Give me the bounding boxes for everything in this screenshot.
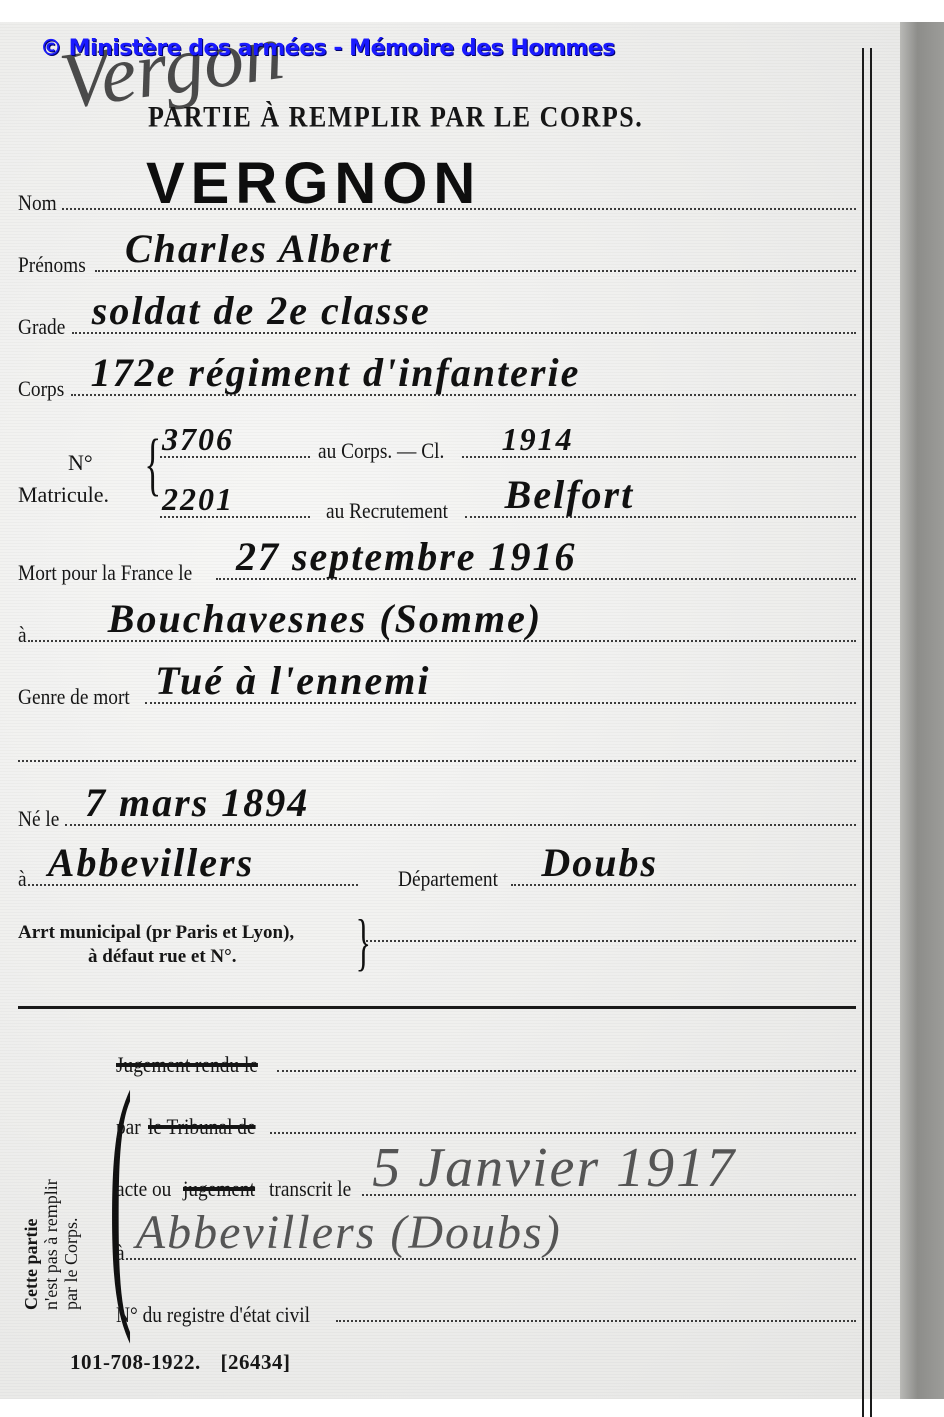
field-ne-le: Né le 7 mars 1894 [18, 798, 856, 832]
matricule-corps-label: au Corps. — Cl. [318, 440, 444, 464]
side-note-line-2: n'est pas à remplir [42, 1179, 60, 1310]
copyright-watermark: © Ministère des armées - Mémoire des Hom… [40, 36, 615, 61]
genre-mort-value: Tué à l'ennemi [155, 657, 430, 704]
lieu-label: à [116, 1242, 125, 1266]
side-note-line-3: par le Corps. [62, 1218, 80, 1310]
side-note-line-1: Cette partie [22, 1219, 40, 1310]
matricule-brace: { [144, 430, 161, 500]
jugement-label: Jugement rendu le [116, 1054, 258, 1078]
ref-number: [26434] [221, 1350, 291, 1374]
matricule-no-label: N° [68, 450, 93, 476]
matricule-corps-no: 3706 [162, 421, 234, 458]
ne-a-value: Abbevillers [48, 839, 254, 886]
tribunal-struck-label: le Tribunal de [148, 1116, 256, 1140]
corps-label: Corps [18, 378, 64, 402]
field-grade: Grade soldat de 2e classe [18, 306, 856, 340]
grade-value: soldat de 2e classe [92, 287, 431, 334]
mort-lieu-value: Bouchavesnes (Somme) [108, 595, 542, 642]
field-genre-mort: Genre de mort Tué à l'ennemi [18, 676, 856, 710]
ne-le-value: 7 mars 1894 [85, 779, 309, 826]
registre-label: N° du registre d'état civil [116, 1304, 310, 1328]
field-arr-municipal [366, 914, 856, 948]
classe-value: 1914 [502, 421, 574, 458]
print-reference: 101-708-1922. [26434] [70, 1350, 291, 1375]
departement-value: Doubs [541, 839, 658, 886]
field-mort-date: Mort pour la France le 27 septembre 1916 [18, 552, 856, 586]
field-jugement: Jugement rendu le [116, 1044, 856, 1078]
field-ne-a: à Abbevillers Département Doubs [18, 858, 856, 892]
prenoms-label: Prénoms [18, 254, 86, 278]
transcrit-label-a: acte ou [116, 1178, 171, 1202]
transcrit-struck-label: jugement [183, 1178, 255, 1202]
recrutement-value: Belfort [505, 471, 635, 518]
field-mort-lieu: à Bouchavesnes (Somme) [18, 614, 856, 648]
matricule-label: Matricule. [18, 482, 109, 508]
field-corps: Corps 172e régiment d'infanterie [18, 368, 856, 402]
side-note: Cette partie n'est pas à remplir par le … [14, 1080, 114, 1310]
transcrit-value: 5 Janvier 1917 [372, 1136, 736, 1200]
page-edge-shadow [900, 22, 944, 1399]
recrutement-no: 2201 [162, 481, 234, 518]
field-registre: N° du registre d'état civil [116, 1294, 856, 1328]
transcrit-label-b: transcrit le [269, 1178, 351, 1202]
ne-a-label: à [18, 868, 27, 892]
tribunal-label: par [116, 1116, 141, 1140]
field-tribunal: par le Tribunal de [116, 1106, 856, 1140]
print-ref: 101-708-1922. [70, 1350, 201, 1374]
field-transcrit: acte ou jugement transcrit le 5 Janvier … [116, 1168, 856, 1202]
ne-le-label: Né le [18, 808, 59, 832]
recrutement-label: au Recrutement [326, 500, 448, 524]
prenoms-value: Charles Albert [125, 225, 393, 272]
section-title: PARTIE À REMPLIR PAR LE CORPS. [148, 100, 643, 135]
nom-label: Nom [18, 192, 57, 216]
field-matricule-corps: 3706 au Corps. — Cl. 1914 [160, 430, 856, 464]
mort-date-label: Mort pour la France le [18, 562, 192, 586]
field-prenoms: Prénoms Charles Albert [18, 244, 856, 278]
grade-label: Grade [18, 316, 65, 340]
margin-rule-left [862, 48, 864, 1417]
mort-date-value: 27 septembre 1916 [236, 533, 577, 580]
arr-municipal-label-2: à défaut rue et N°. [88, 946, 236, 968]
mort-lieu-label: à [18, 624, 27, 648]
departement-label: Département [398, 868, 498, 892]
margin-rule-right [870, 48, 872, 1417]
arr-municipal-label: Arrt municipal (pr Paris et Lyon), [18, 922, 294, 944]
nom-value: VERGNON [146, 150, 481, 217]
field-blank-line [18, 734, 856, 768]
lieu-value: Abbevillers (Doubs) [136, 1205, 562, 1260]
field-matricule-recrutement: 2201 au Recrutement Belfort [160, 490, 856, 524]
section-separator [18, 1006, 856, 1009]
field-lieu-transcription: à Abbevillers (Doubs) [116, 1232, 856, 1266]
corps-value: 172e régiment d'infanterie [91, 349, 581, 396]
genre-mort-label: Genre de mort [18, 686, 130, 710]
